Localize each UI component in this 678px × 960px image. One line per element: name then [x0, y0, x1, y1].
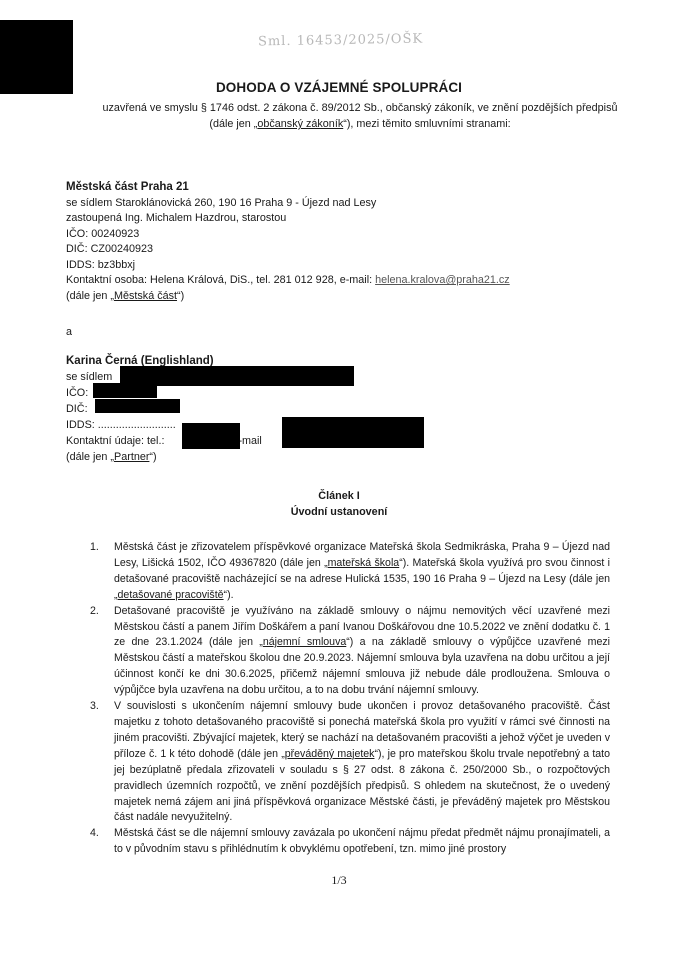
paragraph-number: 1.: [90, 540, 99, 556]
paragraph: 2. Detašované pracoviště je využíváno na…: [82, 604, 610, 699]
paragraph-number: 3.: [90, 699, 99, 715]
document-title: DOHODA O VZÁJEMNÉ SPOLUPRÁCI: [0, 80, 678, 95]
contact-text: Kontaktní údaje: tel.:: [66, 435, 164, 447]
article-number: Článek I: [0, 488, 678, 504]
party-dic: DIČ: CZ00240923: [66, 242, 510, 258]
party-ico: IČO: 00240923: [66, 227, 510, 243]
defined-term: detašované pracoviště: [118, 589, 224, 601]
defined-term: mateřská škola: [328, 557, 400, 569]
alias-text: (dále jen „: [66, 451, 114, 463]
paragraph-number: 4.: [90, 826, 99, 842]
page-number: 1/3: [0, 873, 678, 888]
party-contact: Kontaktní osoba: Helena Králová, DiS., t…: [66, 273, 510, 289]
redaction-email: [282, 417, 424, 448]
party-representative: zastoupená Ing. Michalem Hazdrou, staros…: [66, 211, 510, 227]
alias-text: “): [177, 290, 184, 302]
party-mestska-cast: Městská část Praha 21 se sídlem Staroklá…: [66, 180, 510, 304]
subtitle-text: (dále jen „: [209, 118, 257, 130]
redaction-phone: [182, 423, 240, 449]
defined-term: občanský zákoník: [257, 118, 343, 130]
paragraph: 1. Městská část je zřizovatelem příspěvk…: [82, 540, 610, 604]
subtitle-text: “), mezi těmito smluvními stranami:: [343, 118, 510, 130]
contact-email-link[interactable]: helena.kralova@praha21.cz: [375, 274, 510, 286]
article-paragraphs: 1. Městská část je zřizovatelem příspěvk…: [82, 540, 610, 858]
redaction-ico: [93, 383, 157, 398]
handwritten-reference-note: Sml. 16453/2025/OŠK: [258, 32, 423, 50]
conjunction: a: [66, 326, 72, 338]
paragraph-text: Městská část se dle nájemní smlouvy zavá…: [114, 827, 610, 855]
contact-text: Kontaktní osoba: Helena Králová, DiS., t…: [66, 274, 375, 286]
paragraph-number: 2.: [90, 604, 99, 620]
paragraph: 4. Městská část se dle nájemní smlouvy z…: [82, 826, 610, 858]
article-title: Úvodní ustanovení: [0, 504, 678, 520]
defined-term: nájemní smlouva: [263, 636, 346, 648]
paragraph: 3. V souvislosti s ukončením nájemní sml…: [82, 699, 610, 826]
subtitle-line-1: uzavřená ve smyslu § 1746 odst. 2 zákona…: [60, 100, 660, 116]
defined-term: převáděný majetek: [285, 748, 375, 760]
document-subtitle: uzavřená ve smyslu § 1746 odst. 2 zákona…: [60, 100, 660, 132]
party-name: Městská část Praha 21: [66, 180, 510, 196]
alias-text: (dále jen „: [66, 290, 114, 302]
paragraph-text: “).: [224, 589, 234, 601]
party-alias: (dále jen „Městská část“): [66, 289, 510, 305]
party-alias: (dále jen „Partner“): [66, 449, 262, 465]
defined-term: Městská část: [114, 290, 177, 302]
alias-text: “): [149, 451, 156, 463]
party-idds: IDDS: bz3bbxj: [66, 258, 510, 274]
subtitle-line-2: (dále jen „občanský zákoník“), mezi těmi…: [60, 116, 660, 132]
party-address: se sídlem Staroklánovická 260, 190 16 Pr…: [66, 196, 510, 212]
defined-term: Partner: [114, 451, 149, 463]
redaction-dic: [95, 399, 180, 413]
